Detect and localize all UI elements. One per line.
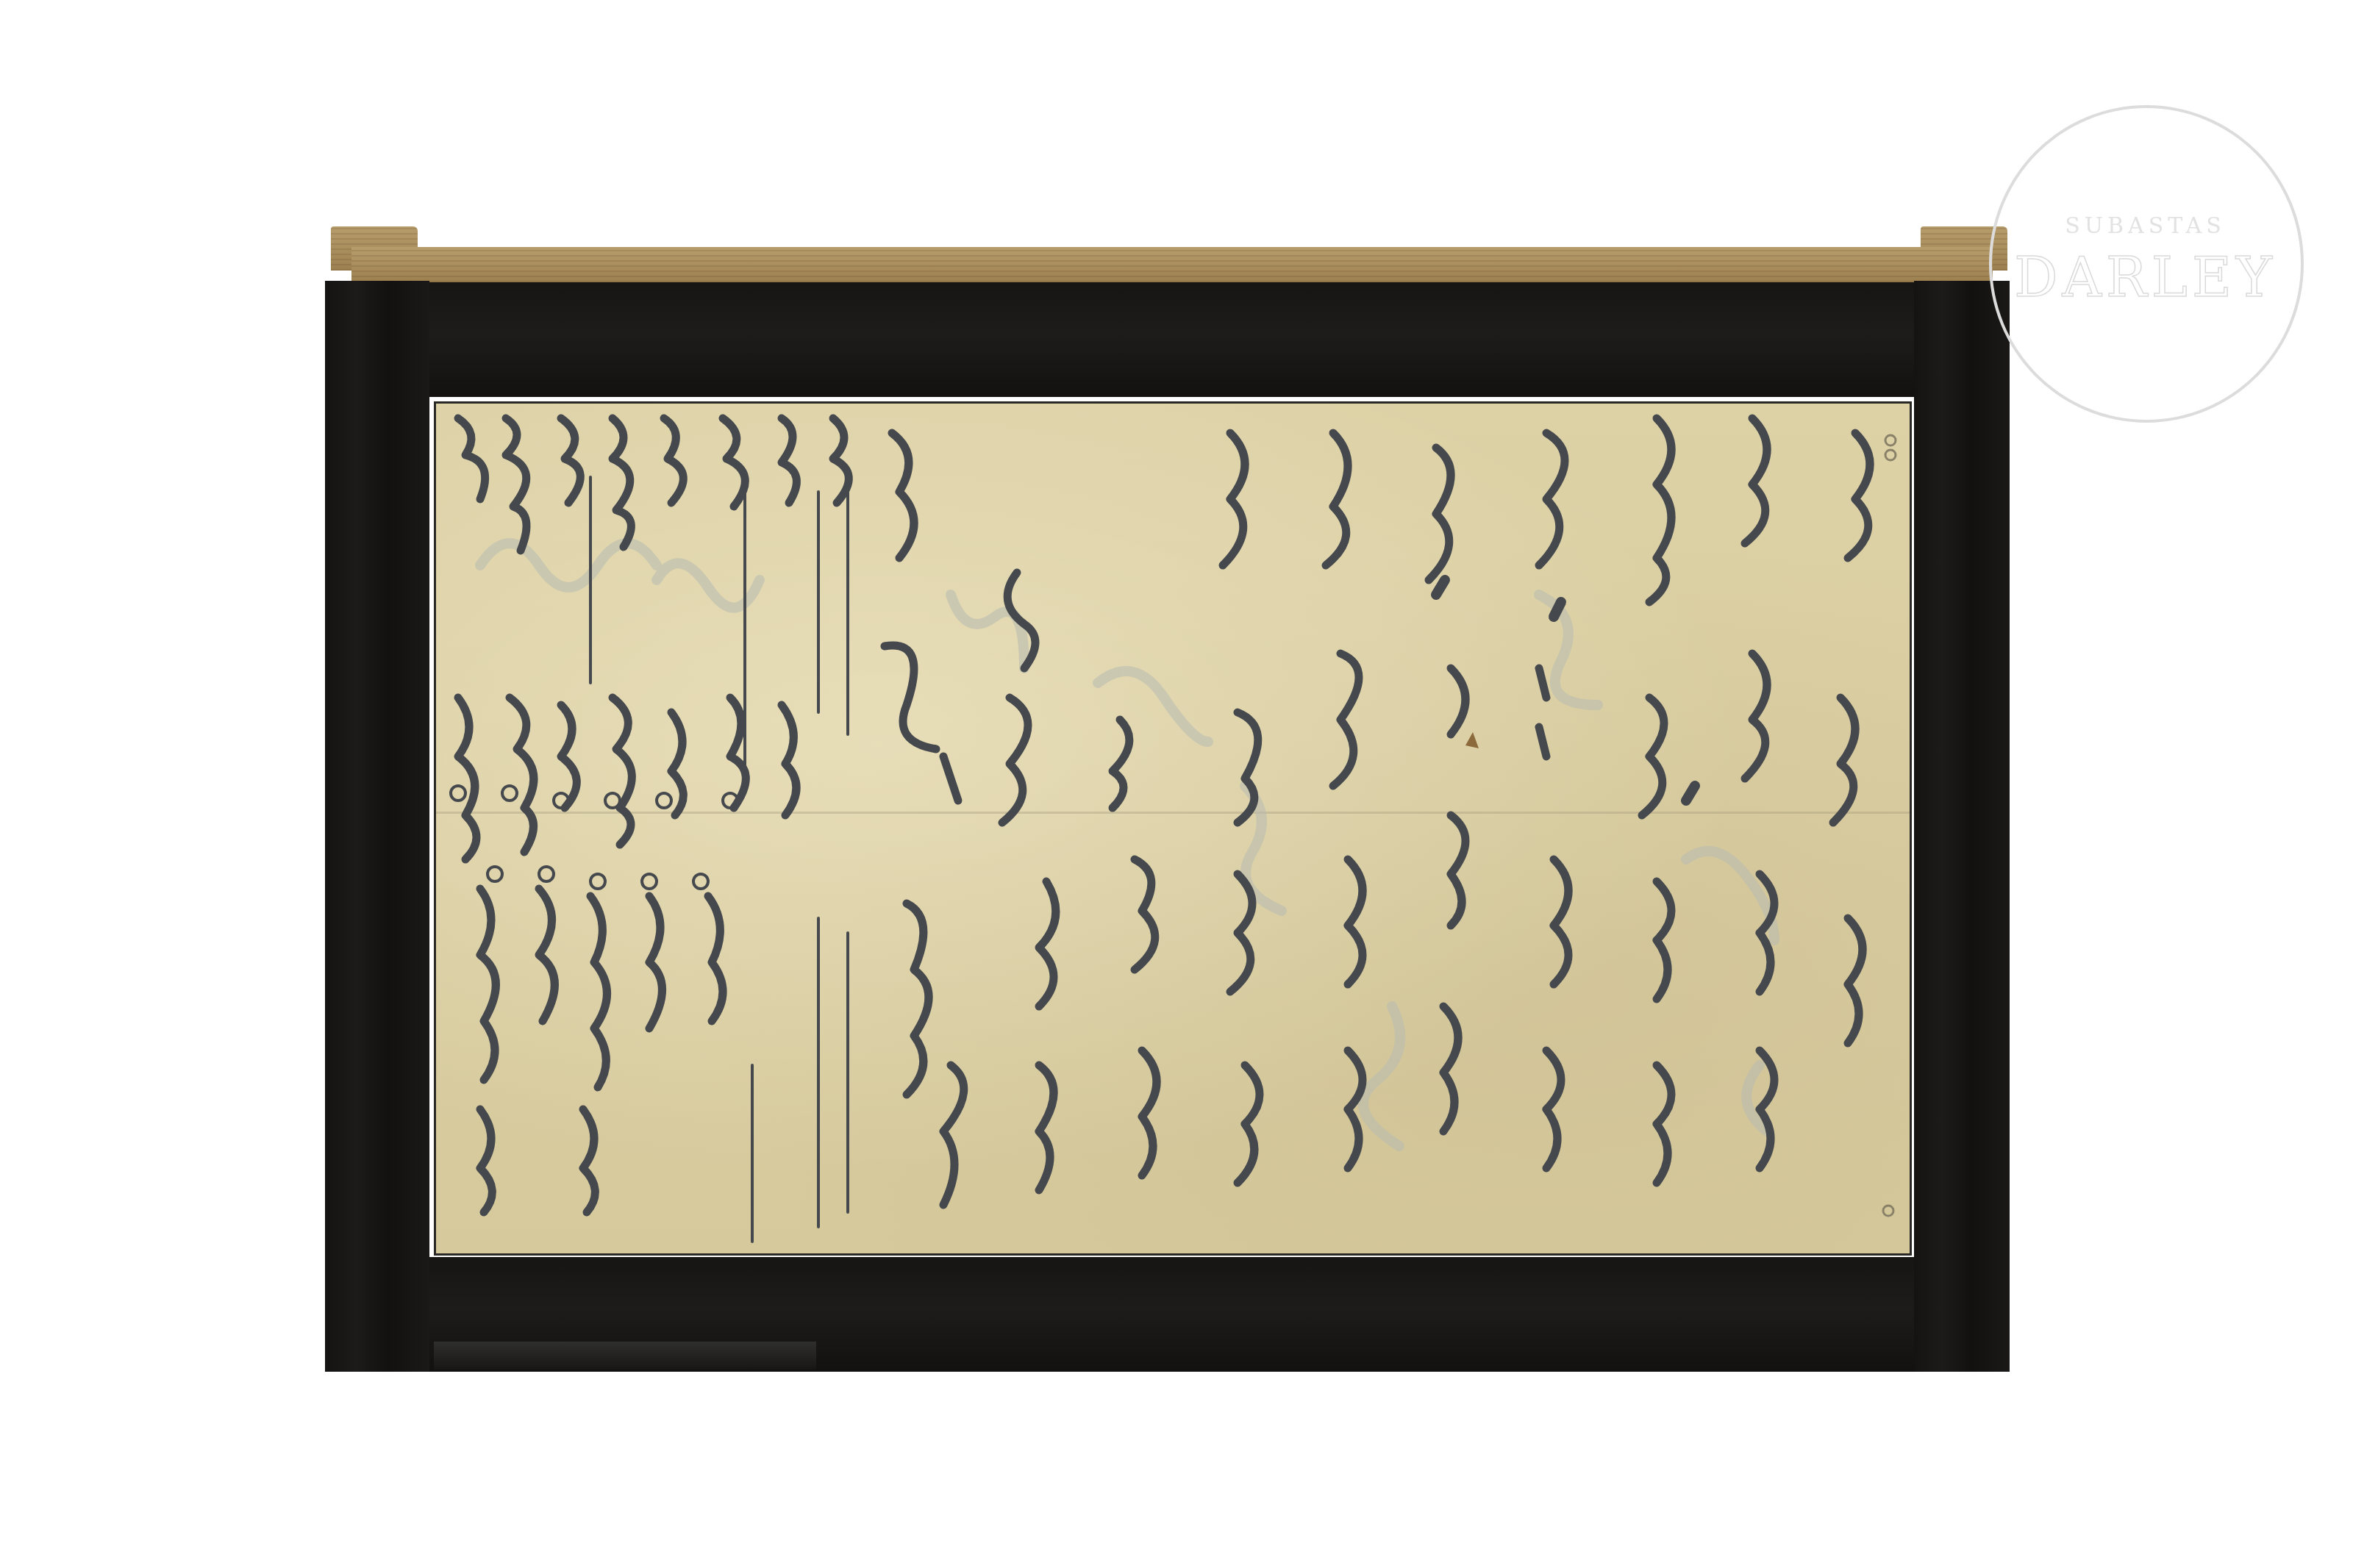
top-rail — [429, 282, 1914, 397]
bottom-rail-scuff — [434, 1342, 816, 1370]
right-stile — [1914, 281, 2010, 1372]
watermark-subastas: SUBASTAS — [2018, 213, 2272, 239]
watermark-darley: DARLEY — [2004, 246, 2287, 309]
calligraphy-paper — [434, 401, 1912, 1256]
stain — [1465, 732, 1479, 748]
calligraphy-strokes — [436, 404, 1912, 1256]
framed-panel — [324, 221, 2015, 1375]
top-wood-rail — [351, 247, 1993, 282]
left-stile — [325, 281, 429, 1372]
